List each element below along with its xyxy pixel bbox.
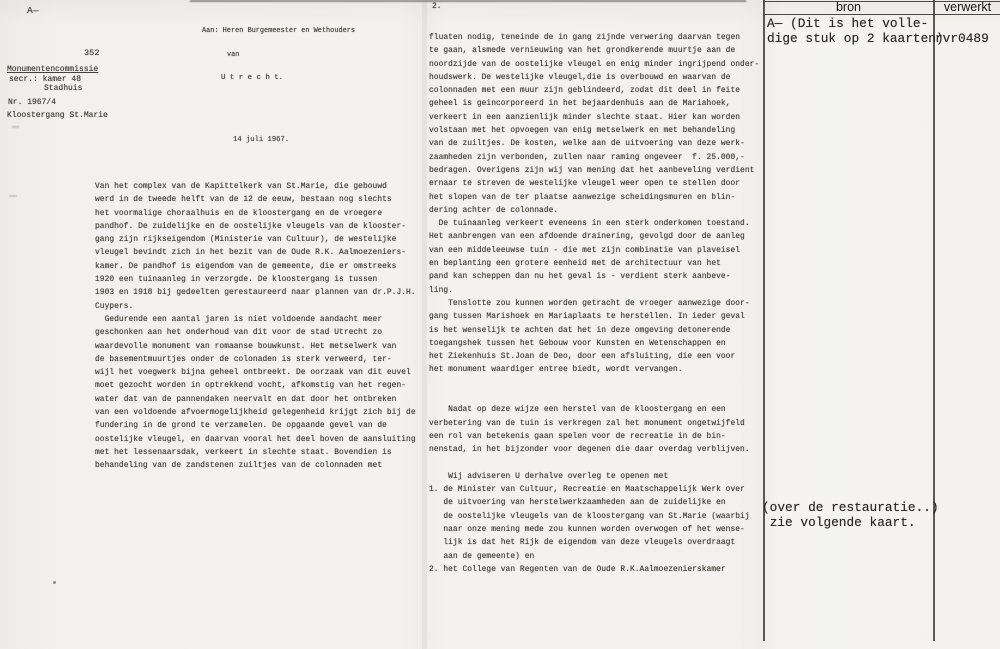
card-left-rule — [763, 0, 765, 641]
addressee-line-1: Aan: Heren Burgemeester en Wethouders — [202, 27, 355, 35]
scan-artifact-left-mark-2 — [9, 195, 17, 197]
page-number: 2. — [432, 2, 442, 11]
scan-artifact-left-mark-1 — [12, 126, 19, 128]
subject-line: Kloostergang St.Marie — [7, 111, 108, 120]
letter-body-page-2: fluaten nodig, teneinde de in gang zijnd… — [429, 31, 769, 576]
bron-note-bottom: (over de restauratie..) zie volgende kaa… — [762, 501, 939, 530]
letter-date: 14 juli 1967. — [233, 136, 289, 144]
corner-mark: A— — [27, 5, 38, 16]
scan-artifact-dot — [53, 581, 56, 584]
sender-name: Monumentencommissie — [7, 65, 98, 74]
document-number: 352 — [84, 48, 99, 58]
column-header-bron: bron — [764, 0, 933, 14]
sender-location: Stadhuis — [44, 84, 82, 93]
addressee-line-3: U t r e c h t. — [221, 74, 283, 82]
scan-artifact-top-edge — [190, 0, 746, 2]
column-header-verwerkt: verwerkt — [935, 0, 1000, 14]
file-reference: Nr. 1967/4 — [8, 98, 56, 107]
letter-body-page-1: Van het complex van de Kapittelkerk van … — [95, 180, 435, 473]
addressee-line-2: van — [227, 51, 239, 59]
scanned-document: A— 352 Monumentencommissie secr.: kamer … — [0, 0, 1000, 649]
verwerkt-value: rvr0489 — [935, 31, 989, 46]
card-column-rule — [933, 0, 935, 641]
sender-secretariat: secr.: kamer 48 — [9, 75, 81, 84]
bron-note-top: A— (Dit is het volle- dige stuk op 2 kaa… — [767, 16, 944, 46]
